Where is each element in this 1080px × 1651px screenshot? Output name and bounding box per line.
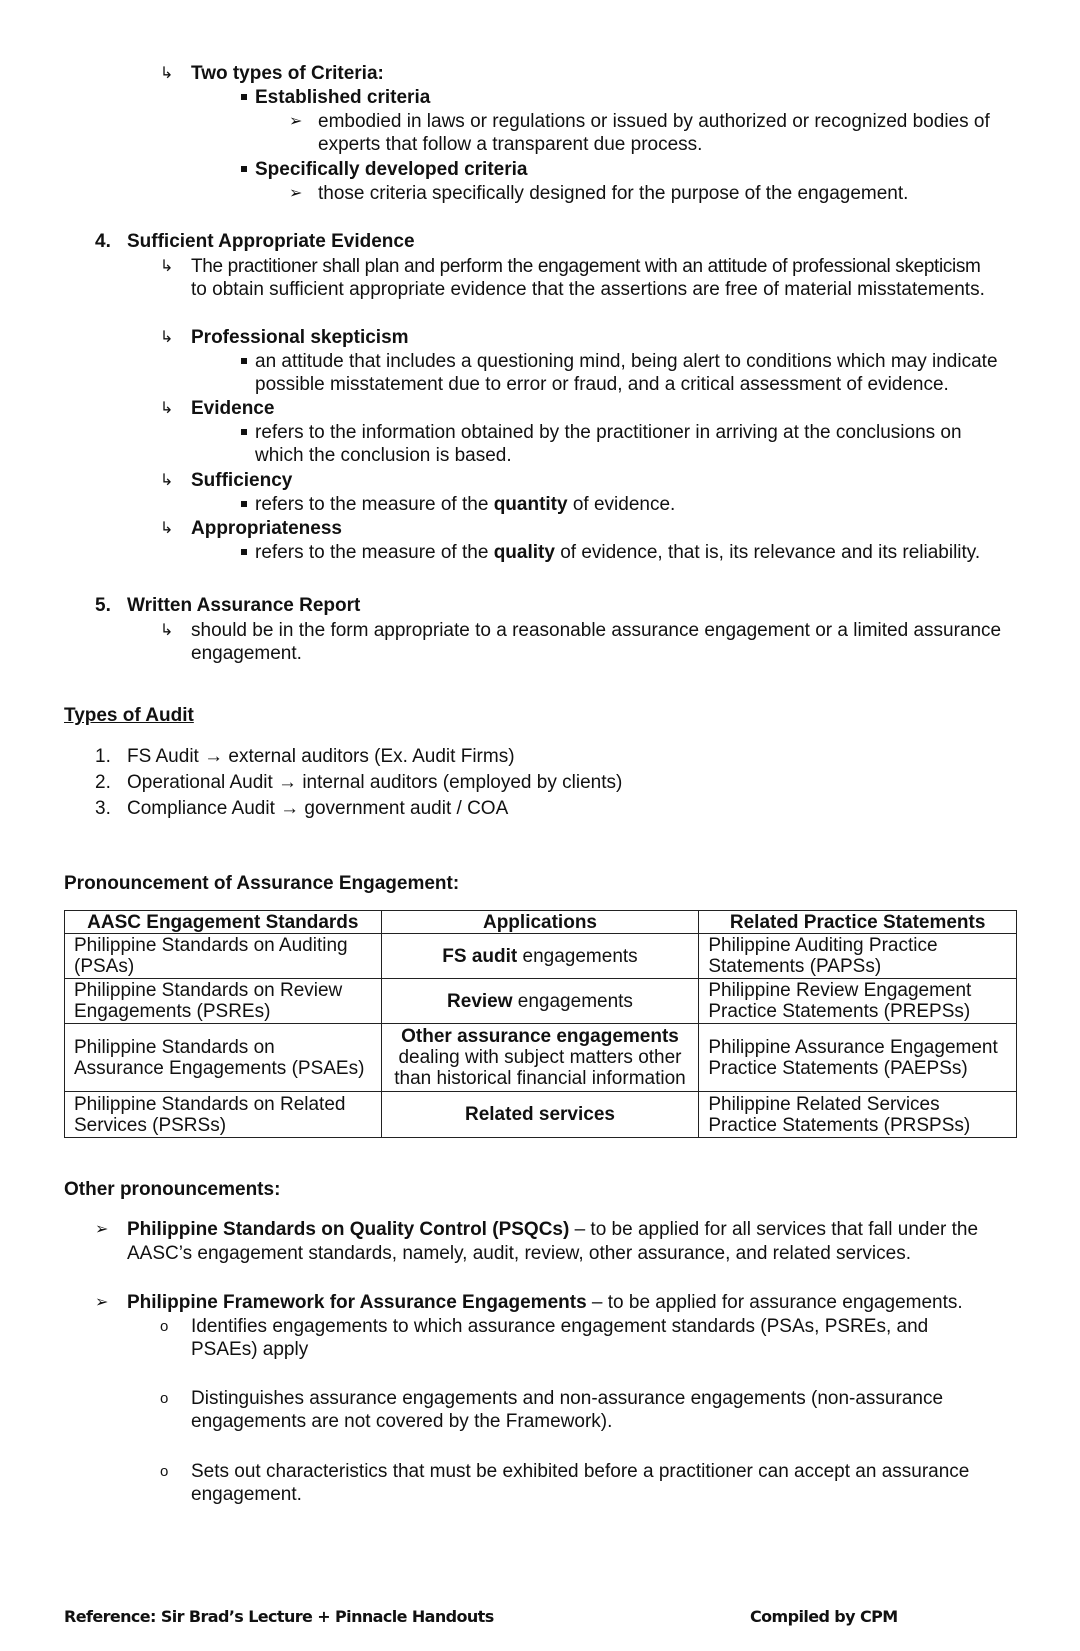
criteria-specific-line: those criteria specifically designed for…: [318, 182, 908, 205]
hook-arrow-icon: ↳: [160, 619, 173, 642]
framework-subitem-line: Distinguishes assurance engagements and …: [191, 1387, 943, 1410]
hook-arrow-icon: ↳: [160, 397, 173, 420]
table-row: Philippine Standards on RelatedServices …: [65, 1092, 1017, 1138]
application-cell: FS audit engagements: [381, 934, 699, 979]
audit-type-text: Compliance Audit → government audit / CO…: [127, 797, 508, 820]
term-title-professional-skepticism: Professional skepticism: [191, 326, 409, 349]
hook-arrow-icon: ↳: [160, 62, 173, 85]
application-emphasis: Other assurance engagements: [401, 1026, 679, 1047]
cell-line: dealing with subject matters other: [391, 1047, 690, 1068]
term-line: refers to the information obtained by th…: [255, 421, 962, 444]
cell-line: Philippine Standards on: [74, 1037, 372, 1058]
hook-arrow-icon: ↳: [160, 326, 173, 349]
framework-title: Philippine Framework for Assurance Engag…: [127, 1292, 587, 1313]
table-header-row: AASC Engagement Standards Applications R…: [65, 911, 1017, 934]
column-header: AASC Engagement Standards: [65, 911, 382, 934]
term-title-evidence: Evidence: [191, 397, 274, 420]
framework-subitem-line: PSAEs) apply: [191, 1338, 308, 1361]
psqc-line: Philippine Standards on Quality Control …: [127, 1218, 978, 1241]
term-line: possible misstatement due to error or fr…: [255, 373, 949, 396]
term-text: of evidence.: [568, 494, 676, 515]
practice-cell: Philippine Assurance EngagementPractice …: [699, 1024, 1017, 1092]
square-bullet-icon: [241, 549, 247, 555]
cell-line: Philippine Standards on Related: [74, 1094, 372, 1115]
audit-type-number: 1.: [95, 745, 111, 768]
hook-arrow-icon: ↳: [160, 517, 173, 540]
other-pronouncements-heading: Other pronouncements:: [64, 1178, 280, 1201]
criteria-heading: Two types of Criteria:: [191, 62, 384, 85]
application-text: engagements: [517, 946, 637, 967]
cell-line: Practice Statements (PRSPSs): [708, 1115, 1007, 1136]
term-text: of evidence, that is, its relevance and …: [555, 542, 980, 563]
square-bullet-icon: [241, 501, 247, 507]
column-header: Related Practice Statements: [699, 911, 1017, 934]
application-text: engagements: [513, 991, 633, 1012]
standard-cell: Philippine Standards onAssurance Engagem…: [65, 1024, 382, 1092]
cell-line: Services (PSRSs): [74, 1115, 372, 1136]
term-text: refers to the measure of the: [255, 494, 494, 515]
term-line: refers to the measure of the quantity of…: [255, 493, 675, 516]
cell-line: Philippine Standards on Review: [74, 980, 372, 1001]
pronouncement-table: AASC Engagement Standards Applications R…: [64, 910, 1017, 1138]
types-of-audit-heading: Types of Audit: [64, 704, 194, 727]
standard-cell: Philippine Standards on Auditing(PSAs): [65, 934, 382, 979]
application-cell: Related services: [381, 1092, 699, 1138]
cell-line: Philippine Related Services: [708, 1094, 1007, 1115]
practice-cell: Philippine Auditing PracticeStatements (…: [699, 934, 1017, 979]
section5-line: engagement.: [191, 642, 302, 665]
audit-type-number: 2.: [95, 771, 111, 794]
circle-bullet-icon: o: [160, 1460, 168, 1483]
circle-bullet-icon: o: [160, 1387, 168, 1410]
term-line: refers to the measure of the quality of …: [255, 541, 980, 564]
square-bullet-icon: [241, 166, 247, 172]
square-bullet-icon: [241, 94, 247, 100]
square-bullet-icon: [241, 429, 247, 435]
section5-title: Written Assurance Report: [127, 594, 360, 617]
psqc-text: – to be applied for all services that fa…: [569, 1219, 978, 1240]
practice-cell: Philippine Review EngagementPractice Sta…: [699, 979, 1017, 1024]
section5-number: 5.: [95, 594, 111, 617]
audit-type-text: FS Audit → external auditors (Ex. Audit …: [127, 745, 515, 768]
column-header: Applications: [381, 911, 699, 934]
cell-line: Philippine Auditing Practice: [708, 935, 1007, 956]
cell-line: Philippine Assurance Engagement: [708, 1037, 1007, 1058]
application-emphasis: Review: [447, 991, 512, 1012]
table-row: Philippine Standards on Auditing(PSAs) F…: [65, 934, 1017, 979]
circle-bullet-icon: o: [160, 1315, 168, 1338]
arrowhead-bullet-icon: ➢: [289, 110, 302, 133]
cell-line: Philippine Review Engagement: [708, 980, 1007, 1001]
cell-line: (PSAs): [74, 956, 372, 977]
framework-subitem-line: engagement.: [191, 1483, 302, 1506]
term-line: an attitude that includes a questioning …: [255, 350, 998, 373]
term-title-appropriateness: Appropriateness: [191, 517, 342, 540]
cell-line: Statements (PAPSs): [708, 956, 1007, 977]
standard-cell: Philippine Standards on ReviewEngagement…: [65, 979, 382, 1024]
section4-intro-line: to obtain sufficient appropriate evidenc…: [191, 278, 985, 301]
cell-line: than historical financial information: [391, 1068, 690, 1089]
term-text: refers to the measure of the: [255, 542, 494, 563]
standard-cell: Philippine Standards on RelatedServices …: [65, 1092, 382, 1138]
framework-subitem-line: engagements are not covered by the Frame…: [191, 1410, 612, 1433]
hook-arrow-icon: ↳: [160, 469, 173, 492]
term-line: which the conclusion is based.: [255, 444, 512, 467]
cell-line: Practice Statements (PREPSs): [708, 1001, 1007, 1022]
section5-line: should be in the form appropriate to a r…: [191, 619, 1001, 642]
criteria-specific-title: Specifically developed criteria: [255, 158, 527, 181]
term-emphasis: quantity: [494, 494, 568, 515]
framework-subitem-line: Identifies engagements to which assuranc…: [191, 1315, 928, 1338]
arrowhead-bullet-icon: ➢: [95, 1218, 108, 1241]
application-emphasis: FS audit: [442, 946, 517, 967]
cell-line: Practice Statements (PAEPSs): [708, 1058, 1007, 1079]
term-emphasis: quality: [494, 542, 555, 563]
audit-type-number: 3.: [95, 797, 111, 820]
psqc-line: AASC’s engagement standards, namely, aud…: [127, 1242, 911, 1265]
arrowhead-bullet-icon: ➢: [289, 182, 302, 205]
framework-subitem-line: Sets out characteristics that must be ex…: [191, 1460, 969, 1483]
footer-compiled-by: Compiled by CPM: [750, 1607, 898, 1626]
term-title-sufficiency: Sufficiency: [191, 469, 292, 492]
practice-cell: Philippine Related ServicesPractice Stat…: [699, 1092, 1017, 1138]
table-row: Philippine Standards onAssurance Engagem…: [65, 1024, 1017, 1092]
cell-line: Philippine Standards on Auditing: [74, 935, 372, 956]
framework-text: – to be applied for assurance engagement…: [587, 1292, 963, 1313]
section4-title: Sufficient Appropriate Evidence: [127, 230, 415, 253]
pronouncement-heading: Pronouncement of Assurance Engagement:: [64, 872, 459, 895]
audit-type-text: Operational Audit → internal auditors (e…: [127, 771, 622, 794]
application-cell: Other assurance engagementsdealing with …: [381, 1024, 699, 1092]
section4-intro-line: The practitioner shall plan and perform …: [191, 255, 981, 278]
criteria-established-title: Established criteria: [255, 86, 430, 109]
criteria-established-line: experts that follow a transparent due pr…: [318, 133, 702, 156]
application-emphasis: Related services: [465, 1104, 615, 1125]
cell-line: Assurance Engagements (PSAEs): [74, 1058, 372, 1079]
hook-arrow-icon: ↳: [160, 255, 173, 278]
section4-number: 4.: [95, 230, 111, 253]
application-cell: Review engagements: [381, 979, 699, 1024]
table-row: Philippine Standards on ReviewEngagement…: [65, 979, 1017, 1024]
square-bullet-icon: [241, 358, 247, 364]
arrowhead-bullet-icon: ➢: [95, 1291, 108, 1314]
cell-line: Engagements (PSREs): [74, 1001, 372, 1022]
criteria-established-line: embodied in laws or regulations or issue…: [318, 110, 990, 133]
framework-line: Philippine Framework for Assurance Engag…: [127, 1291, 963, 1314]
footer-reference: Reference: Sir Brad’s Lecture + Pinnacle…: [64, 1607, 494, 1626]
psqc-title: Philippine Standards on Quality Control …: [127, 1219, 569, 1240]
